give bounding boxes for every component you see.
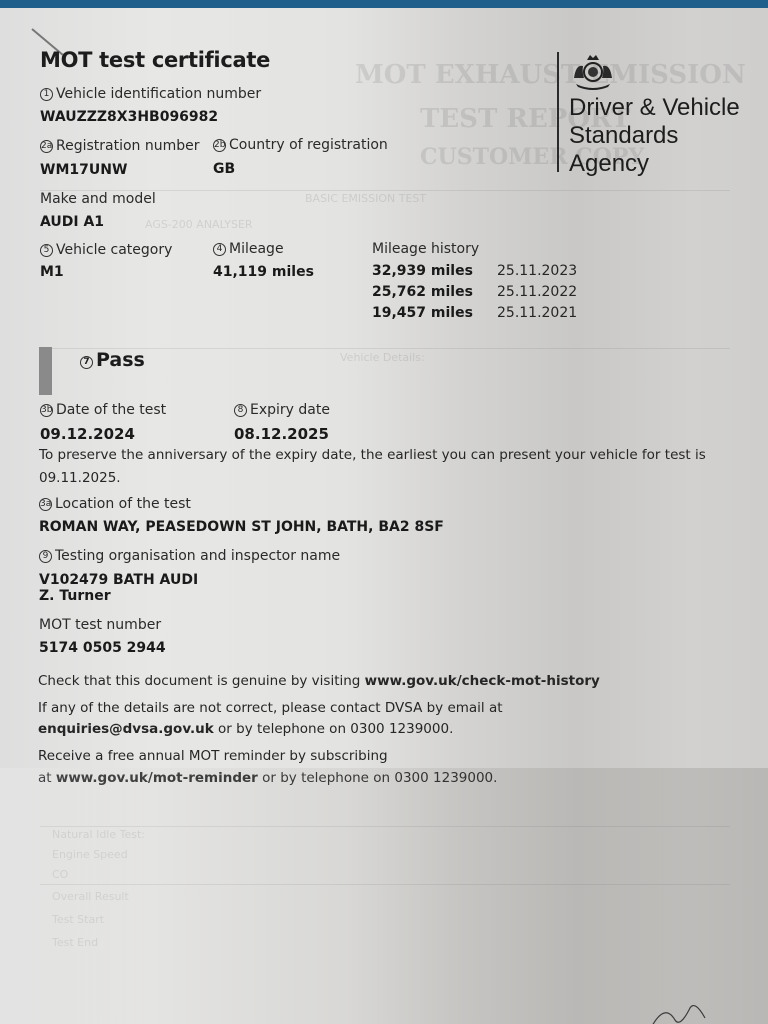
reminder-text: Receive a free annual MOT reminder by su…	[38, 748, 388, 764]
show-through-heading: MOT EXHAUST EMISSION	[355, 60, 746, 90]
field-marker: 7	[80, 356, 93, 369]
anniversary-date: 09.11.2025.	[39, 470, 121, 486]
coat-of-arms-icon	[570, 52, 616, 90]
field-marker: 4	[213, 243, 226, 256]
show-through-text: Natural Idle Test:	[52, 828, 145, 841]
signature-mark	[650, 998, 730, 1024]
mileage-history-date: 25.11.2021	[497, 305, 577, 321]
show-through-text: AGS-200 ANALYSER	[145, 218, 253, 231]
reminder-text-2: at www.gov.uk/mot-reminder or by telepho…	[38, 770, 497, 786]
test-date-label: 3bDate of the test	[40, 402, 166, 418]
show-through-text: CO	[52, 868, 68, 881]
field-marker: 8	[234, 404, 247, 417]
field-marker: 5	[40, 244, 53, 257]
organisation-label: 9Testing organisation and inspector name	[39, 548, 340, 564]
logo-divider	[557, 52, 559, 172]
organisation-code: V102479	[39, 572, 108, 588]
location-label: 3aLocation of the test	[39, 496, 191, 512]
test-number-value: 5174 0505 2944	[39, 640, 166, 656]
test-result: 7Pass	[80, 349, 145, 371]
field-marker: 3a	[39, 498, 52, 511]
vin-label: 1Vehicle identification number	[40, 86, 261, 102]
field-marker: 9	[39, 550, 52, 563]
field-marker: 1	[40, 88, 53, 101]
contact-text-2: enquiries@dvsa.gov.uk or by telephone on…	[38, 721, 453, 737]
category-value: M1	[40, 264, 64, 280]
vin-value: WAUZZZ8X3HB096982	[40, 109, 218, 125]
expiry-value: 08.12.2025	[234, 425, 329, 443]
country-label: 2bCountry of registration	[213, 137, 388, 153]
check-mot-history-link[interactable]: www.gov.uk/check-mot-history	[365, 673, 600, 689]
mot-reminder-link[interactable]: www.gov.uk/mot-reminder	[56, 770, 258, 786]
field-marker: 2a	[40, 140, 53, 153]
page-title: MOT test certificate	[40, 48, 270, 72]
country-value: GB	[213, 161, 235, 177]
contact-text: If any of the details are not correct, p…	[38, 700, 503, 716]
show-through-text: Test End	[52, 936, 98, 949]
mileage-label: 4Mileage	[213, 241, 284, 257]
mileage-history-miles: 32,939 miles	[372, 263, 473, 279]
registration-value: WM17UNW	[40, 162, 127, 178]
organisation-name: BATH AUDI	[113, 572, 198, 588]
mileage-history-miles: 25,762 miles	[372, 284, 473, 300]
enquiries-email-link[interactable]: enquiries@dvsa.gov.uk	[38, 721, 214, 737]
agency-name: Driver & Vehicle Standards Agency	[569, 94, 740, 178]
mileage-value: 41,119 miles	[213, 264, 314, 280]
registration-label: 2aRegistration number	[40, 138, 200, 154]
mileage-history-label: Mileage history	[372, 241, 479, 257]
location-value: ROMAN WAY, PEASEDOWN ST JOHN, BATH, BA2 …	[39, 519, 444, 535]
show-through-text: Vehicle Details:	[340, 351, 425, 364]
make-model-value: AUDI A1	[40, 214, 104, 230]
mileage-history-date: 25.11.2023	[497, 263, 577, 279]
check-genuine-text: Check that this document is genuine by v…	[38, 673, 600, 689]
test-date-value: 09.12.2024	[40, 425, 135, 443]
field-marker: 3b	[40, 404, 53, 417]
expiry-label: 8Expiry date	[234, 402, 330, 418]
show-through-text: Engine Speed	[52, 848, 128, 861]
show-through-text: BASIC EMISSION TEST	[305, 192, 426, 205]
anniversary-note: To preserve the anniversary of the expir…	[39, 447, 706, 463]
category-label: 5Vehicle category	[40, 242, 172, 258]
field-marker: 2b	[213, 139, 226, 152]
mileage-history-miles: 19,457 miles	[372, 305, 473, 321]
mileage-history-date: 25.11.2022	[497, 284, 577, 300]
test-number-label: MOT test number	[39, 617, 161, 633]
make-model-label: Make and model	[40, 191, 156, 207]
result-bar	[39, 347, 52, 395]
certificate-page: MOT EXHAUST EMISSION TEST REPORT CUSTOME…	[0, 8, 768, 1024]
show-through-text: Test Start	[52, 913, 104, 926]
show-through-text: Overall Result	[52, 890, 129, 903]
inspector-name: Z. Turner	[39, 588, 111, 604]
